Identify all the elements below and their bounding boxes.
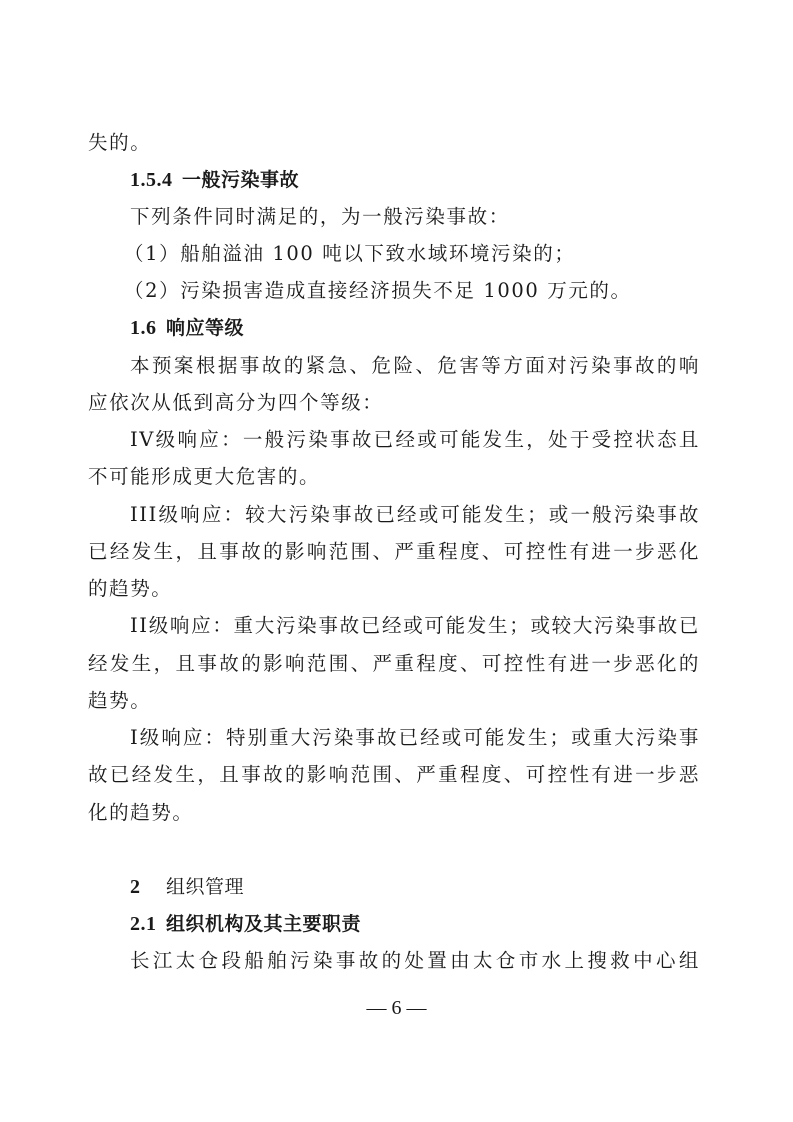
- section-heading-1-5-4: 1.5.4一般污染事故: [130, 168, 700, 192]
- paragraph-line: 故已经发生，且事故的影响范围、严重程度、可控性有进一步恶: [88, 763, 700, 787]
- paragraph-line: 趋势。: [88, 689, 700, 713]
- section-title: 一般污染事故: [182, 169, 299, 191]
- section-title: 组织管理: [166, 876, 244, 898]
- list-item: （2）污染损害造成直接经济损失不足 1000 万元的。: [124, 279, 736, 303]
- paragraph-line: I级响应：特别重大污染事故已经或可能发生；或重大污染事: [130, 726, 700, 750]
- section-number: 2: [130, 875, 166, 899]
- chapter-heading-2: 2组织管理: [130, 875, 700, 899]
- paragraph-line: 化的趋势。: [88, 801, 700, 825]
- section-title: 响应等级: [166, 317, 244, 339]
- section-title: 组织机构及其主要职责: [166, 913, 361, 935]
- section-heading-1-6: 1.6响应等级: [130, 316, 700, 340]
- paragraph-line: 经发生，且事故的影响范围、严重程度、可控性有进一步恶化的: [88, 652, 700, 676]
- section-number: 2.1: [130, 912, 166, 936]
- section-number: 1.6: [130, 316, 166, 340]
- paragraph-line: III级响应：较大污染事故已经或可能发生；或一般污染事故: [130, 503, 700, 527]
- paragraph-line: 已经发生，且事故的影响范围、严重程度、可控性有进一步恶化: [88, 540, 700, 564]
- paragraph-line: 本预案根据事故的紧急、危险、危害等方面对污染事故的响: [130, 354, 700, 378]
- paragraph-line: 长江太仓段船舶污染事故的处置由太仓市水上搜救中心组: [130, 949, 700, 973]
- list-item: （1）船舶溢油 100 吨以下致水域环境污染的；: [124, 242, 736, 266]
- paragraph-line: 下列条件同时满足的，为一般污染事故：: [130, 205, 700, 229]
- paragraph-line: 不可能形成更大危害的。: [88, 465, 700, 489]
- paragraph-line: 应依次从低到高分为四个等级：: [88, 391, 700, 415]
- paragraph-line: II级响应：重大污染事故已经或可能发生；或较大污染事故已: [130, 614, 700, 638]
- paragraph-line: 的趋势。: [88, 577, 700, 601]
- section-heading-2-1: 2.1组织机构及其主要职责: [130, 912, 700, 936]
- page-number: — 6 —: [0, 997, 793, 1020]
- paragraph-line: 失的。: [88, 131, 700, 155]
- section-number: 1.5.4: [130, 168, 182, 192]
- paragraph-line: IV级响应：一般污染事故已经或可能发生，处于受控状态且: [130, 428, 700, 452]
